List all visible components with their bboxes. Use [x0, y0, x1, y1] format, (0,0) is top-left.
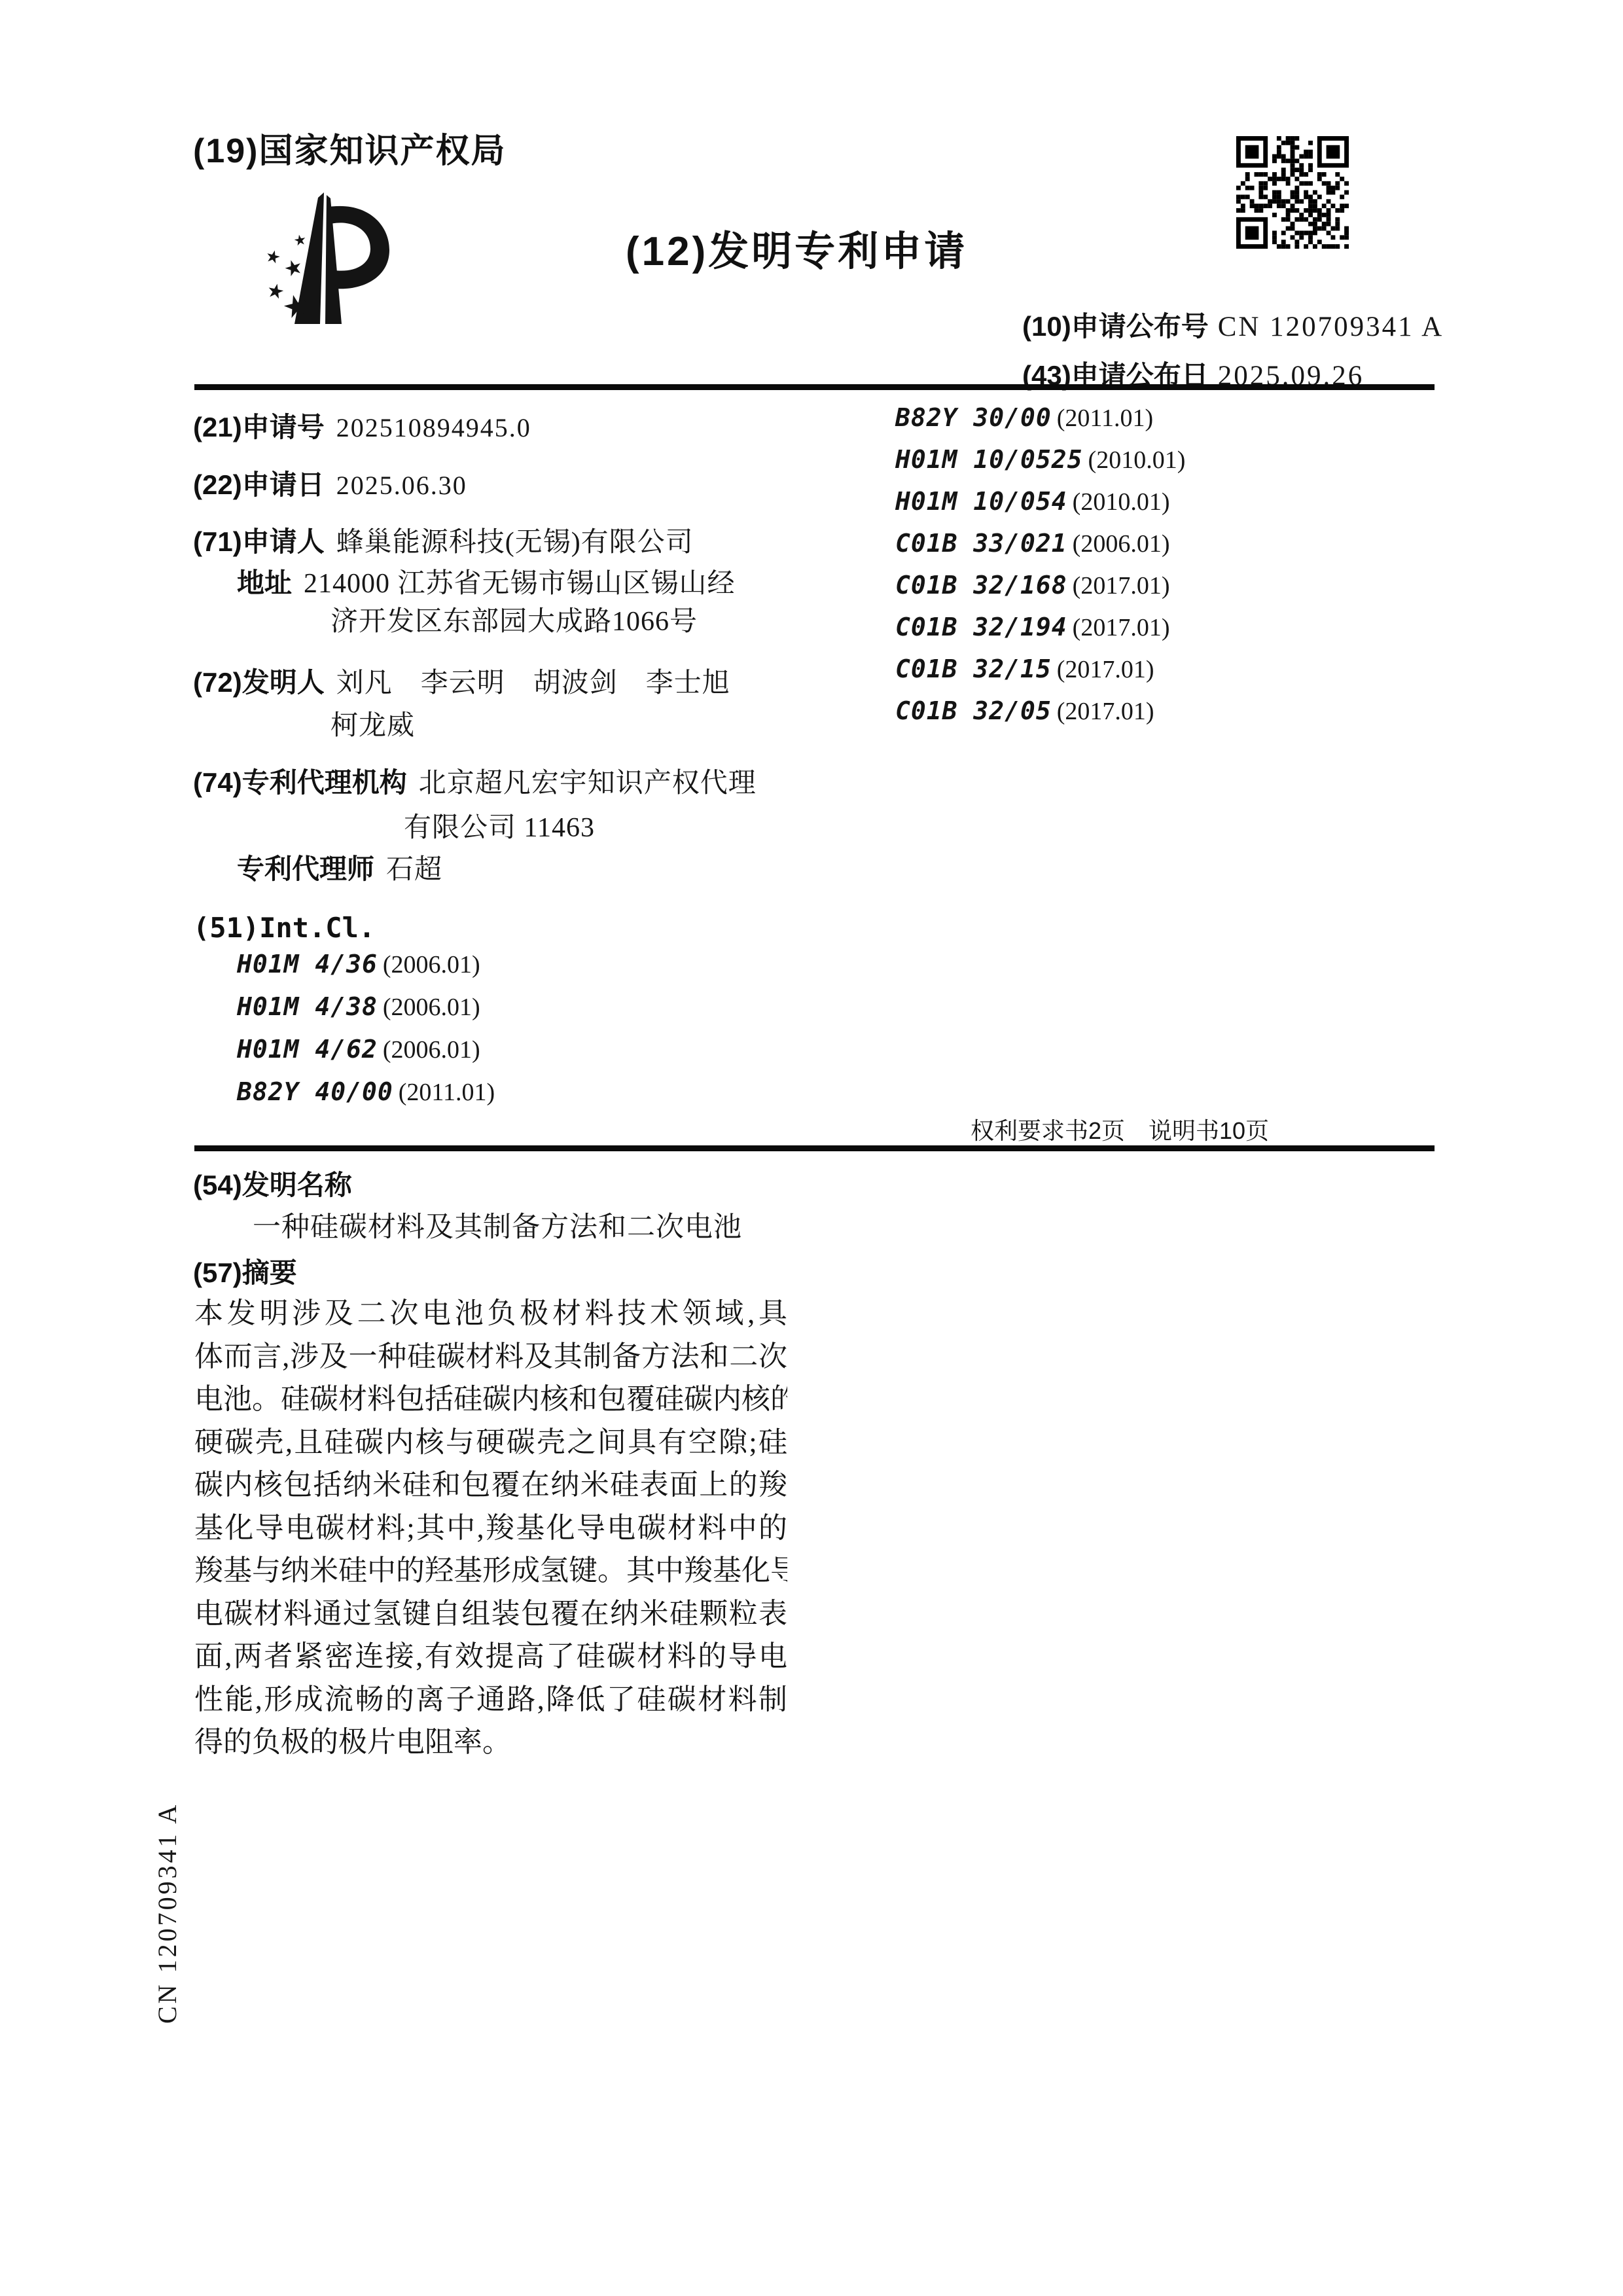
- ipc-code: C01B 32/05: [895, 696, 1052, 725]
- ipc-code: H01M 10/054: [895, 487, 1067, 516]
- abstract-line: 碳内核包括纳米硅和包覆在纳米硅表面上的羧: [194, 1463, 787, 1507]
- further-ipc-code-row: B82Y 30/00(2011.01): [895, 402, 1185, 444]
- inventors-row-continued: 柯龙威: [330, 704, 415, 743]
- agency-line1: 北京超凡宏宇知识产权代理: [419, 768, 757, 798]
- agency-line2: 有限公司 11463: [404, 813, 595, 843]
- further-ipc-code-row: C01B 32/15(2017.01): [895, 653, 1185, 695]
- ipc-code: H01M 4/62: [237, 1035, 378, 1064]
- intcl-code-row: H01M 4/38(2006.01): [237, 990, 495, 1033]
- further-ipc-code-row: C01B 33/021(2006.01): [895, 528, 1185, 569]
- intcl-code-row: H01M 4/62(2006.01): [237, 1033, 495, 1075]
- svg-text:★: ★: [293, 231, 308, 249]
- ipc-year: (2010.01): [1088, 446, 1186, 474]
- address-label: 地址: [237, 567, 292, 598]
- abstract-line: 羧基与纳米硅中的羟基形成氢键。其中羧基化导: [194, 1549, 787, 1592]
- abstract-line: 性能,形成流畅的离子通路,降低了硅碳材料制: [194, 1678, 787, 1721]
- ipc-year: (2017.01): [1057, 656, 1154, 683]
- invention-title-label: (54)发明名称: [193, 1164, 352, 1203]
- publication-number-label: (10)申请公布号: [1022, 311, 1209, 342]
- ipc-year: (2017.01): [1073, 614, 1170, 641]
- patent-front-page: (19)国家知识产权局 ★ ★ ★ ★ ★ (12)发明专利申请 (10)申请公…: [0, 0, 1623, 2296]
- agent-row: 专利代理师石超: [237, 848, 442, 887]
- pages-note: 权利要求书2页 说明书10页: [971, 1113, 1269, 1146]
- svg-text:★: ★: [264, 245, 283, 268]
- ipc-year: (2006.01): [383, 951, 480, 978]
- application-date-label: (22)申请日: [193, 469, 325, 500]
- intcl-code-row: H01M 4/36(2006.01): [237, 948, 495, 990]
- inventors-line2: 柯龙威: [330, 711, 415, 741]
- further-ipc-code-row: C01B 32/05(2017.01): [895, 695, 1185, 737]
- address-line2: 济开发区东部园大成路1066号: [330, 607, 698, 637]
- ipc-code: H01M 4/36: [237, 950, 378, 978]
- ipc-code: C01B 32/15: [895, 655, 1052, 683]
- agent-label: 专利代理师: [237, 853, 374, 884]
- section-divider-rule: [194, 1145, 1435, 1151]
- ipc-year: (2011.01): [1057, 404, 1153, 432]
- address-line1: 214000 江苏省无锡市锡山区锡山经: [304, 569, 736, 599]
- inventors-line1: 刘凡 李云明 胡波剑 李士旭: [336, 668, 730, 698]
- abstract-line: 本发明涉及二次电池负极材料技术领域,具: [194, 1292, 787, 1335]
- applicant-row: (71)申请人蜂巢能源科技(无锡)有限公司: [193, 520, 694, 560]
- application-date-value: 2025.06.30: [336, 471, 467, 500]
- abstract-line: 硬碳壳,且硅碳内核与硬碳壳之间具有空隙;硅: [194, 1421, 787, 1464]
- ipc-code: C01B 33/021: [895, 529, 1067, 558]
- agent-value: 石超: [386, 855, 442, 885]
- address-row: 地址214000 江苏省无锡市锡山区锡山经: [237, 562, 736, 601]
- patent-office-line: (19)国家知识产权局: [193, 123, 506, 172]
- ipc-code: B82Y 30/00: [895, 403, 1052, 432]
- qr-code-icon: [1236, 136, 1349, 249]
- cnipa-logo-icon: ★ ★ ★ ★ ★: [260, 191, 391, 325]
- further-ipc-code-row: C01B 32/194(2017.01): [895, 611, 1185, 653]
- ipc-year: (2010.01): [1073, 488, 1170, 516]
- abstract-line: 体而言,涉及一种硅碳材料及其制备方法和二次: [194, 1335, 787, 1378]
- ipc-code: C01B 32/168: [895, 571, 1067, 600]
- further-ipc-code-row: H01M 10/054(2010.01): [895, 486, 1185, 528]
- abstract-text: 本发明涉及二次电池负极材料技术领域,具 体而言,涉及一种硅碳材料及其制备方法和二…: [194, 1292, 787, 1764]
- abstract-line: 电池。硅碳材料包括硅碳内核和包覆硅碳内核的: [194, 1378, 787, 1421]
- applicant-label: (71)申请人: [193, 526, 325, 557]
- application-number-value: 202510894945.0: [336, 413, 531, 442]
- abstract-line: 面,两者紧密连接,有效提高了硅碳材料的导电: [194, 1635, 787, 1678]
- agency-label: (74)专利代理机构: [193, 767, 407, 798]
- ipc-year: (2006.01): [383, 994, 480, 1021]
- ipc-year: (2017.01): [1073, 572, 1170, 600]
- ipc-year: (2011.01): [399, 1079, 495, 1106]
- ipc-code: B82Y 40/00: [237, 1077, 393, 1106]
- invention-title: 一种硅碳材料及其制备方法和二次电池: [253, 1205, 742, 1245]
- applicant-value: 蜂巢能源科技(无锡)有限公司: [336, 528, 694, 558]
- header-divider-rule: [194, 384, 1435, 390]
- intcl-code-list: H01M 4/36(2006.01) H01M 4/38(2006.01) H0…: [237, 948, 495, 1118]
- further-ipc-code-row: C01B 32/168(2017.01): [895, 569, 1185, 611]
- ipc-code: H01M 10/0525: [895, 445, 1083, 474]
- ipc-year: (2006.01): [383, 1036, 480, 1064]
- inventors-label: (72)发明人: [193, 667, 325, 698]
- abstract-line: 电碳材料通过氢键自组装包覆在纳米硅颗粒表: [194, 1592, 787, 1636]
- document-type-title: (12)发明专利申请: [626, 219, 967, 277]
- ipc-code: C01B 32/194: [895, 613, 1067, 641]
- publication-number-row: (10)申请公布号CN 120709341 A: [1022, 305, 1444, 344]
- intcl-label-row: (51)Int.Cl.: [193, 912, 375, 944]
- publication-number-value: CN 120709341 A: [1218, 312, 1444, 342]
- further-ipc-code-list: B82Y 30/00(2011.01) H01M 10/0525(2010.01…: [895, 402, 1185, 737]
- intcl-code-row: B82Y 40/00(2011.01): [237, 1075, 495, 1118]
- intcl-label: (51)Int.Cl.: [193, 912, 375, 944]
- ipc-year: (2017.01): [1057, 698, 1154, 725]
- application-date-row: (22)申请日2025.06.30: [193, 463, 467, 503]
- abstract-label: (57)摘要: [193, 1251, 297, 1291]
- abstract-line: 得的负极的极片电阻率。: [194, 1721, 787, 1764]
- abstract-line: 基化导电碳材料;其中,羧基化导电碳材料中的: [194, 1507, 787, 1550]
- ipc-year: (2006.01): [1073, 530, 1170, 558]
- svg-text:★: ★: [281, 254, 306, 282]
- application-number-label: (21)申请号: [193, 412, 325, 442]
- agency-row: (74)专利代理机构北京超凡宏宇知识产权代理: [193, 761, 757, 800]
- application-number-row: (21)申请号202510894945.0: [193, 406, 531, 445]
- side-publication-code: CN 120709341 A: [152, 1803, 183, 2024]
- address-row-continued: 济开发区东部园大成路1066号: [330, 600, 698, 639]
- agency-row-continued: 有限公司 11463: [404, 806, 595, 845]
- ipc-code: H01M 4/38: [237, 992, 378, 1021]
- further-ipc-code-row: H01M 10/0525(2010.01): [895, 444, 1185, 486]
- inventors-row: (72)发明人刘凡 李云明 胡波剑 李士旭: [193, 661, 730, 700]
